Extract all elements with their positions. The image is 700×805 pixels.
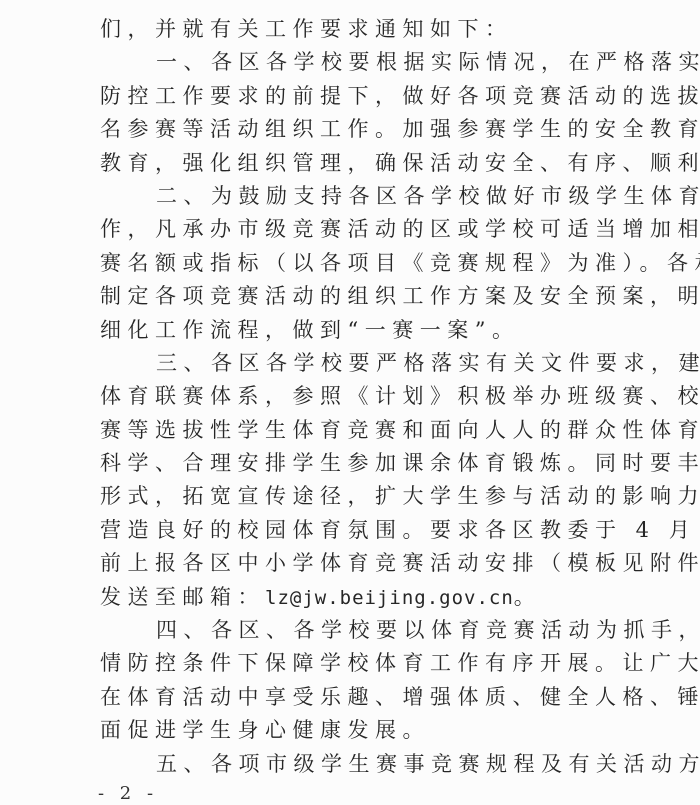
text-line: 制定各项竞赛活动的组织工作方案及安全预案，明确各方责任，: [100, 280, 612, 313]
paragraph-1-start: 一、各区各学校要根据实际情况，在严格落实市、区疫情: [100, 46, 612, 79]
text-line: 营造良好的校园体育氛围。要求各区教委于 4 月 15 日（星期四）: [100, 514, 612, 547]
email-period: 。: [514, 585, 542, 609]
email-label: 发送至邮箱：: [100, 585, 265, 609]
text-line: 面促进学生身心健康发展。: [100, 714, 612, 747]
email-address: lz@jw.beijing.gov.cn: [265, 587, 514, 609]
text-line: 赛名额或指标（以各项目《竞赛规程》为准）。各承办单位要: [100, 247, 612, 280]
text-line: 形式，拓宽宣传途径，扩大学生参与活动的影响力和覆盖面，: [100, 480, 612, 513]
text-line: 在体育活动中享受乐趣、增强体质、健全人格、锤炼意志，全: [100, 681, 612, 714]
paragraph-4-start: 四、各区、各学校要以体育竞赛活动为抓手，在常态化疫: [100, 614, 612, 647]
paragraph-3-start: 三、各区各学校要严格落实有关文件要求，建立健全校园: [100, 347, 612, 380]
text-line: 体育联赛体系，参照《计划》积极举办班级赛、校级赛、区级: [100, 380, 612, 413]
text-line: 科学、合理安排学生参加课余体育锻炼。同时要丰富活动组织: [100, 447, 612, 480]
text-line: 们，并就有关工作要求通知如下：: [100, 13, 612, 46]
email-line: 发送至邮箱：lz@jw.beijing.gov.cn。: [100, 581, 612, 614]
text-line: 细化工作流程，做到“一赛一案”。: [100, 314, 612, 347]
page-number: - 2 -: [98, 783, 158, 804]
text-line: 教育，强化组织管理，确保活动安全、有序、顺利进行。: [100, 147, 612, 180]
text-line: 名参赛等活动组织工作。加强参赛学生的安全教育、个人防护: [100, 113, 612, 146]
document-body: 们，并就有关工作要求通知如下： 一、各区各学校要根据实际情况，在严格落实市、区疫…: [100, 13, 612, 781]
text-line: 情防控条件下保障学校体育工作有序开展。让广大青少年学生: [100, 647, 612, 680]
text-line: 作，凡承办市级竞赛活动的区或学校可适当增加相应比赛的参: [100, 213, 612, 246]
text-line: 防控工作要求的前提下，做好各项竞赛活动的选拔、推荐及报: [100, 80, 612, 113]
text-line: 赛等选拔性学生体育竞赛和面向人人的群众性体育竞赛活动，: [100, 414, 612, 447]
document-page: 们，并就有关工作要求通知如下： 一、各区各学校要根据实际情况，在严格落实市、区疫…: [0, 0, 700, 805]
text-line: 前上报各区中小学体育竞赛活动安排（模板见附件 2），电子版: [100, 547, 612, 580]
paragraph-2-start: 二、为鼓励支持各区各学校做好市级学生体育赛事承办工: [100, 180, 612, 213]
paragraph-5-start: 五、各项市级学生赛事竞赛规程及有关活动方案、细则由: [100, 748, 612, 781]
